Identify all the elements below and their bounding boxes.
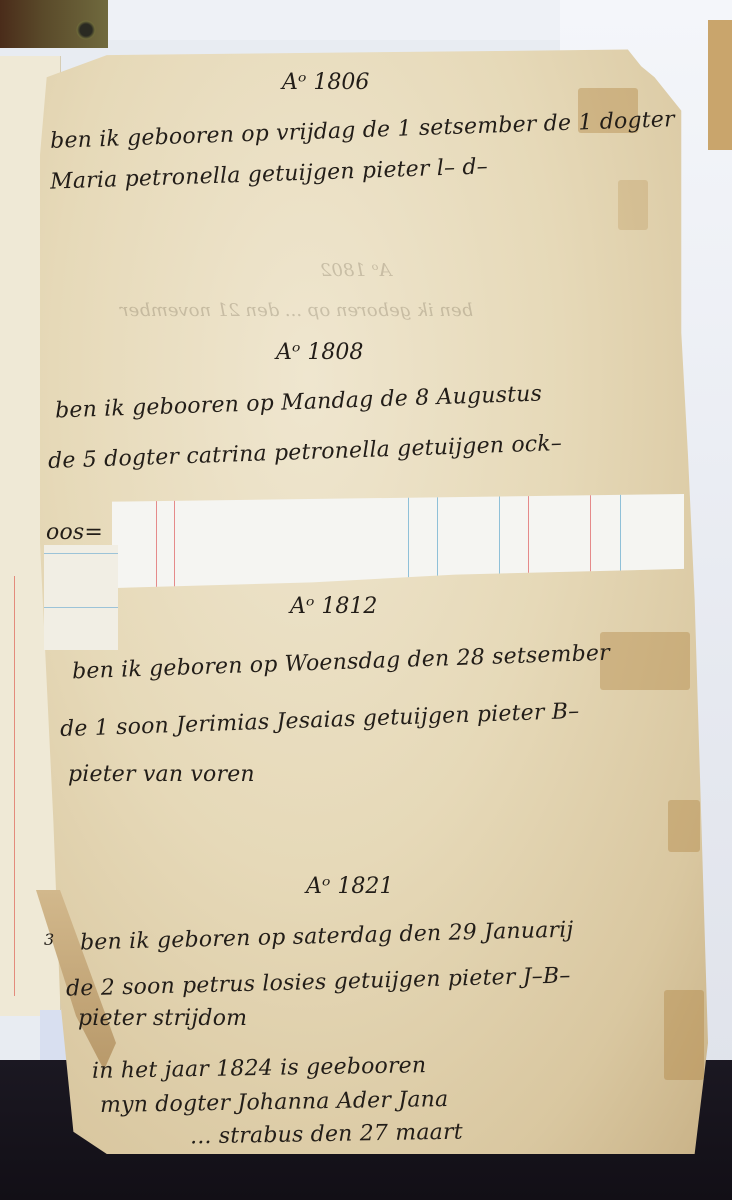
stain (600, 632, 690, 690)
entry-heading: Aᵒ 1821 (306, 874, 393, 899)
bleed-through-line: ben ik geboren op ... den 21 november (120, 300, 473, 321)
bleed-through-heading: Aᵒ 1802 (320, 260, 391, 281)
binder-hinge (0, 0, 108, 48)
entry-line: pieter van voren (68, 762, 255, 787)
lined-paper-scrap (44, 545, 118, 650)
entry-line: oos= (46, 520, 103, 545)
background-brown-page (708, 20, 732, 150)
entry-heading: Aᵒ 1812 (290, 594, 377, 619)
entry-heading: Aᵒ 1806 (282, 70, 369, 95)
entry-line: ... strabus den 27 maart (190, 1120, 463, 1150)
stain (618, 180, 648, 230)
stain (668, 800, 700, 852)
margin-mark: 3 (44, 930, 54, 949)
entry-heading: Aᵒ 1808 (276, 340, 363, 365)
stain (664, 990, 704, 1080)
ledger-margin-line (14, 576, 15, 996)
entry-line: pieter strijdom (78, 1006, 247, 1031)
